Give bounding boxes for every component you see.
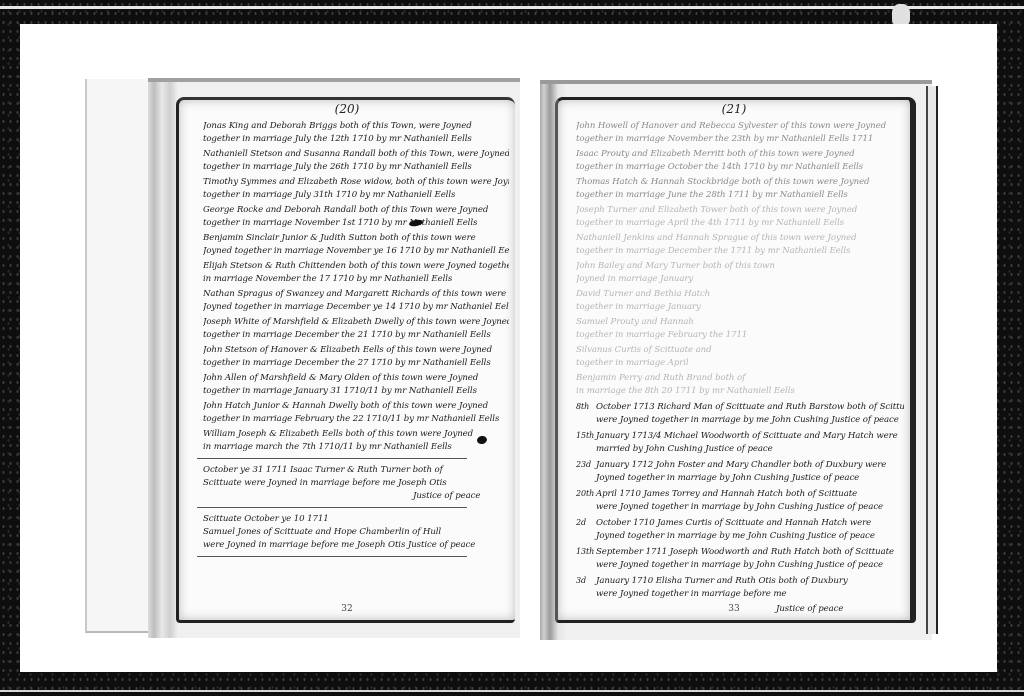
entry-line: together in marriage January (576, 301, 904, 314)
entry-line: were Joyned together in marriage by John… (576, 559, 904, 572)
register-entry-dated: 3dJanuary 1710 Elisha Turner and Ruth Ot… (576, 574, 904, 601)
register-entry: Timothy Symmes and Elizabeth Rose widow,… (203, 176, 509, 202)
entry-day: 3d (576, 574, 596, 587)
register-entry-dated: 8thOctober 1713 Richard Man of Scittuate… (576, 400, 904, 427)
film-mark (892, 4, 910, 26)
entry-day: 8th (576, 400, 596, 413)
entry-line: Nathan Spragus of Swanzey and Margarett … (203, 288, 509, 301)
entry-line: Joyned in marriage January (576, 273, 904, 286)
register-entry-dated: 2dOctober 1710 James Curtis of Scittuate… (576, 516, 904, 543)
entry-line: 2dOctober 1710 James Curtis of Scittuate… (576, 516, 904, 530)
register-entry-faded: Silvanus Curtis of Scittuate andtogether… (576, 344, 904, 370)
entry-line: October ye 31 1711 Isaac Turner & Ruth T… (203, 464, 509, 477)
film-edge-top (0, 6, 1024, 9)
page-number-top: (20) (179, 102, 515, 116)
entry-text: September 1711 Joseph Woodworth and Ruth… (596, 547, 894, 557)
entry-line: Joseph Turner and Elizabeth Tower both o… (576, 204, 904, 217)
register-entry-faded: Nathaniell Jenkins and Hannah Sprague of… (576, 232, 904, 258)
page-number-bottom: 32 (179, 604, 515, 614)
entry-line: Thomas Hatch & Hannah Stockbridge both o… (576, 176, 904, 189)
entry-line: Justice of peace (203, 490, 509, 503)
entry-line: John Bailey and Mary Turner both of this… (576, 260, 904, 273)
entry-text: were Joyned together in marriage by John… (596, 502, 883, 512)
entry-text: April 1710 James Torrey and Hannah Hatch… (596, 489, 857, 499)
entry-line: Samuel Prouty and Hannah (576, 316, 904, 329)
entry-line: Benjamin Perry and Ruth Brand both of (576, 372, 904, 385)
entry-line: Benjamin Sinclair Junior & Judith Sutton… (203, 232, 509, 245)
entry-day: 15th (576, 429, 596, 442)
register-entry-faded: Samuel Prouty and Hannahtogether in marr… (576, 316, 904, 342)
entry-line: together in marriage January 31 1710/11 … (203, 385, 509, 398)
entry-line: Joyned together in marriage by John Cush… (576, 472, 904, 485)
entry-line: Scittuate were Joyned in marriage before… (203, 477, 509, 490)
entry-line: John Allen of Marshfield & Mary Olden of… (203, 372, 509, 385)
register-entry-dated: 13thSeptember 1711 Joseph Woodworth and … (576, 545, 904, 572)
entry-line: together in marriage April (576, 357, 904, 370)
register-entry: Elijah Stetson & Ruth Chittenden both of… (203, 260, 509, 286)
entry-line: were Joyned together in marriage before … (576, 588, 904, 601)
entry-line: in marriage march the 7th 1710/11 by mr … (203, 441, 509, 454)
entry-line: 20thApril 1710 James Torrey and Hannah H… (576, 487, 904, 501)
entry-text: were Joyned together in marriage by me J… (596, 415, 899, 425)
entry-line: Joseph White of Marshfield & Elizabeth D… (203, 316, 509, 329)
entry-line: together in marriage December the 21 171… (203, 329, 509, 342)
register-entry: Nathaniell Stetson and Susanna Randall b… (203, 148, 509, 174)
register-entry: Scittuate October ye 10 1711Samuel Jones… (203, 513, 509, 552)
entry-day: 2d (576, 516, 596, 529)
entry-day: 13th (576, 545, 596, 558)
entry-text: January 1712 John Foster and Mary Chandl… (596, 460, 886, 470)
entry-text: October 1710 James Curtis of Scittuate a… (596, 518, 871, 528)
register-entries: John Howell of Hanover and Rebecca Sylve… (576, 120, 904, 616)
binding-strip (85, 79, 153, 633)
register-entry: John Stetson of Hanover & Elizabeth Eell… (203, 344, 509, 370)
register-entry-faded: David Turner and Bethia Hatchtogether in… (576, 288, 904, 314)
entry-line: together in marriage December the 27 171… (203, 357, 509, 370)
entry-line: John Howell of Hanover and Rebecca Sylve… (576, 120, 904, 133)
register-entry-faded: John Howell of Hanover and Rebecca Sylve… (576, 120, 904, 146)
entry-line: Silvanus Curtis of Scittuate and (576, 344, 904, 357)
register-entry-faded: Joseph Turner and Elizabeth Tower both o… (576, 204, 904, 230)
entry-line: Nathaniell Stetson and Susanna Randall b… (203, 148, 509, 161)
entry-line: Jonas King and Deborah Briggs both of th… (203, 120, 509, 133)
register-entry-dated: 15thJanuary 1713/4 Michael Woodworth of … (576, 429, 904, 456)
register-entry: Jonas King and Deborah Briggs both of th… (203, 120, 509, 146)
entry-line: together in marriage July the 26th 1710 … (203, 161, 509, 174)
entry-line: together in marriage February the 22 171… (203, 413, 509, 426)
entry-text: January 1713/4 Michael Woodworth of Scit… (596, 431, 898, 441)
entry-line: George Rocke and Deborah Randall both of… (203, 204, 509, 217)
register-entries: Jonas King and Deborah Briggs both of th… (203, 120, 509, 562)
entry-divider (197, 556, 467, 557)
entry-line: 13thSeptember 1711 Joseph Woodworth and … (576, 545, 904, 559)
register-entry: Benjamin Sinclair Junior & Judith Sutton… (203, 232, 509, 258)
entry-line: together in marriage July the 12th 1710 … (203, 133, 509, 146)
page-number-top: (21) (558, 102, 910, 116)
entry-day: 20th (576, 487, 596, 500)
register-entry-dated: 23dJanuary 1712 John Foster and Mary Cha… (576, 458, 904, 485)
register-entry-faded: Benjamin Perry and Ruth Brand both ofin … (576, 372, 904, 398)
register-entry: John Allen of Marshfield & Mary Olden of… (203, 372, 509, 398)
register-entry-faded: John Bailey and Mary Turner both of this… (576, 260, 904, 286)
entry-line: Timothy Symmes and Elizabeth Rose widow,… (203, 176, 509, 189)
register-entry: George Rocke and Deborah Randall both of… (203, 204, 509, 230)
register-entry: Nathan Spragus of Swanzey and Margarett … (203, 288, 509, 314)
entry-line: David Turner and Bethia Hatch (576, 288, 904, 301)
register-entry: William Joseph & Elizabeth Eells both of… (203, 428, 509, 454)
entry-divider (197, 507, 467, 508)
entry-text: were Joyned together in marriage before … (596, 589, 786, 599)
entry-line: together in marriage July 31th 1710 by m… (203, 189, 509, 202)
register-entry: John Hatch Junior & Hannah Dwelly both o… (203, 400, 509, 426)
right-page: (21) John Howell of Hanover and Rebecca … (555, 97, 916, 623)
entry-text: Joyned together in marriage by John Cush… (596, 473, 859, 483)
entry-line: Joyned together in marriage November ye … (203, 245, 509, 258)
entry-line: 23dJanuary 1712 John Foster and Mary Cha… (576, 458, 904, 472)
entry-divider (197, 458, 467, 459)
entry-line: Samuel Jones of Scittuate and Hope Chamb… (203, 526, 509, 539)
page-number-bottom: 33 (558, 604, 910, 614)
entry-text: January 1710 Elisha Turner and Ruth Otis… (596, 576, 848, 586)
entry-line: were Joyned in marriage before me Joseph… (203, 539, 509, 552)
entry-line: 3dJanuary 1710 Elisha Turner and Ruth Ot… (576, 574, 904, 588)
entry-line: Elijah Stetson & Ruth Chittenden both of… (203, 260, 509, 273)
entry-line: in marriage the 8th 20 1711 by mr Nathan… (576, 385, 904, 398)
entry-line: in marriage November the 17 1710 by mr N… (203, 273, 509, 286)
entry-line: 8thOctober 1713 Richard Man of Scittuate… (576, 400, 904, 414)
entry-line: married by John Cushing Justice of peace (576, 443, 904, 456)
entry-line: John Hatch Junior & Hannah Dwelly both o… (203, 400, 509, 413)
entry-text: October 1713 Richard Man of Scittuate an… (596, 402, 904, 412)
entry-line: William Joseph & Elizabeth Eells both of… (203, 428, 509, 441)
entry-line: John Stetson of Hanover & Elizabeth Eell… (203, 344, 509, 357)
entry-line: together in marriage November the 23th b… (576, 133, 904, 146)
entry-text: Joyned together in marriage by me John C… (596, 531, 875, 541)
entry-text: married by John Cushing Justice of peace (596, 444, 773, 454)
entry-line: Joyned together in marriage December ye … (203, 301, 509, 314)
register-entry-dated: 20thApril 1710 James Torrey and Hannah H… (576, 487, 904, 514)
left-page: (20) Jonas King and Deborah Briggs both … (176, 97, 515, 623)
entry-line: together in marriage June the 28th 1711 … (576, 189, 904, 202)
entry-line: 15thJanuary 1713/4 Michael Woodworth of … (576, 429, 904, 443)
entry-line: together in marriage February the 1711 (576, 329, 904, 342)
entry-line: together in marriage November 1st 1710 b… (203, 217, 509, 230)
register-entry: October ye 31 1711 Isaac Turner & Ruth T… (203, 464, 509, 503)
entry-text: were Joyned together in marriage by John… (596, 560, 883, 570)
register-entry-faded: Isaac Prouty and Elizabeth Merritt both … (576, 148, 904, 174)
entry-day: 23d (576, 458, 596, 471)
entry-line: were Joyned together in marriage by me J… (576, 414, 904, 427)
entry-line: Scittuate October ye 10 1711 (203, 513, 509, 526)
entry-line: together in marriage April the 4th 1711 … (576, 217, 904, 230)
entry-line: Nathaniell Jenkins and Hannah Sprague of… (576, 232, 904, 245)
entry-line: Isaac Prouty and Elizabeth Merritt both … (576, 148, 904, 161)
entry-line: together in marriage December the 1711 b… (576, 245, 904, 258)
entry-line: together in marriage October the 14th 17… (576, 161, 904, 174)
register-entry: Joseph White of Marshfield & Elizabeth D… (203, 316, 509, 342)
entry-line: were Joyned together in marriage by John… (576, 501, 904, 514)
entry-line: Joyned together in marriage by me John C… (576, 530, 904, 543)
register-entry-faded: Thomas Hatch & Hannah Stockbridge both o… (576, 176, 904, 202)
film-edge-bottom (0, 690, 1024, 692)
page-stack-edge (926, 86, 938, 634)
